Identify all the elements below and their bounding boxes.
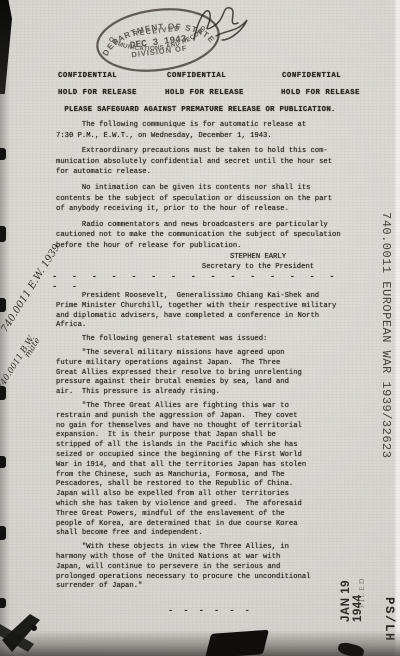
release-paragraph: The following communique is for automati…: [56, 120, 358, 141]
scan-artifact-blob: [205, 630, 269, 656]
scan-artifact-tick: [0, 526, 6, 540]
hold-for-release-label-1: HOLD FOR RELEASE: [58, 89, 137, 97]
classification-label-3: CONFIDENTIAL: [282, 72, 341, 80]
statement-paragraph: "The several military missions have agre…: [56, 349, 358, 398]
classification-label-1: CONFIDENTIAL: [58, 72, 117, 80]
communique-intro: President Roosevelt, Generalissimo Chian…: [56, 292, 358, 331]
filed-stamp: FILED: [357, 568, 367, 608]
statement-paragraph: "With these objects in view the Three Al…: [56, 543, 358, 592]
scan-artifact-tick: [0, 456, 6, 468]
document-page: DEPARTMENT OF STATE RECEIVED DEC 3 1943 …: [0, 0, 400, 656]
right-edge-highlight: [394, 0, 400, 656]
statement-paragraph: "The Three Great Allies are fighting thi…: [56, 402, 358, 539]
release-paragraph: Extraordinary precautions must be taken …: [56, 146, 358, 178]
release-paragraph: Radio commentators and news broadcasters…: [56, 220, 358, 252]
scan-artifact-tick: [0, 298, 6, 312]
scan-artifact-tick: [0, 226, 6, 242]
file-number-vertical: 740.0011 EUROPEAN WAR 1939/32623: [380, 212, 393, 506]
scan-artifact-tick: [0, 148, 6, 160]
communique-body: President Roosevelt, Generalissimo Chian…: [56, 292, 358, 596]
end-separator: - - - - - -: [168, 606, 258, 616]
release-paragraph: No intimation can be given its contents …: [56, 183, 358, 215]
scan-artifact-tick: [0, 386, 6, 400]
signature-scribble: [188, 0, 252, 48]
statement-heading: The following general statement was issu…: [56, 335, 358, 345]
signatory-name: STEPHEN EARLY: [158, 252, 358, 262]
hold-for-release-label-2: HOLD FOR RELEASE: [165, 89, 244, 97]
dashed-separator: - - - - - - - - - - - - - - - - -: [52, 272, 354, 292]
signature-block: STEPHEN EARLY Secretary to the President: [158, 252, 358, 273]
date-stamp-jan-1944: JAN 19 1944: [340, 558, 356, 622]
classification-label-2: CONFIDENTIAL: [167, 72, 226, 80]
scan-artifact-top-left: [0, 0, 12, 94]
hold-for-release-label-3: HOLD FOR RELEASE: [281, 89, 360, 97]
scan-artifact-bottom-left: [0, 606, 72, 656]
safeguard-notice: PLEASE SAFEGUARD AGAINST PREMATURE RELEA…: [40, 106, 360, 114]
release-instructions: The following communique is for automati…: [56, 120, 358, 257]
